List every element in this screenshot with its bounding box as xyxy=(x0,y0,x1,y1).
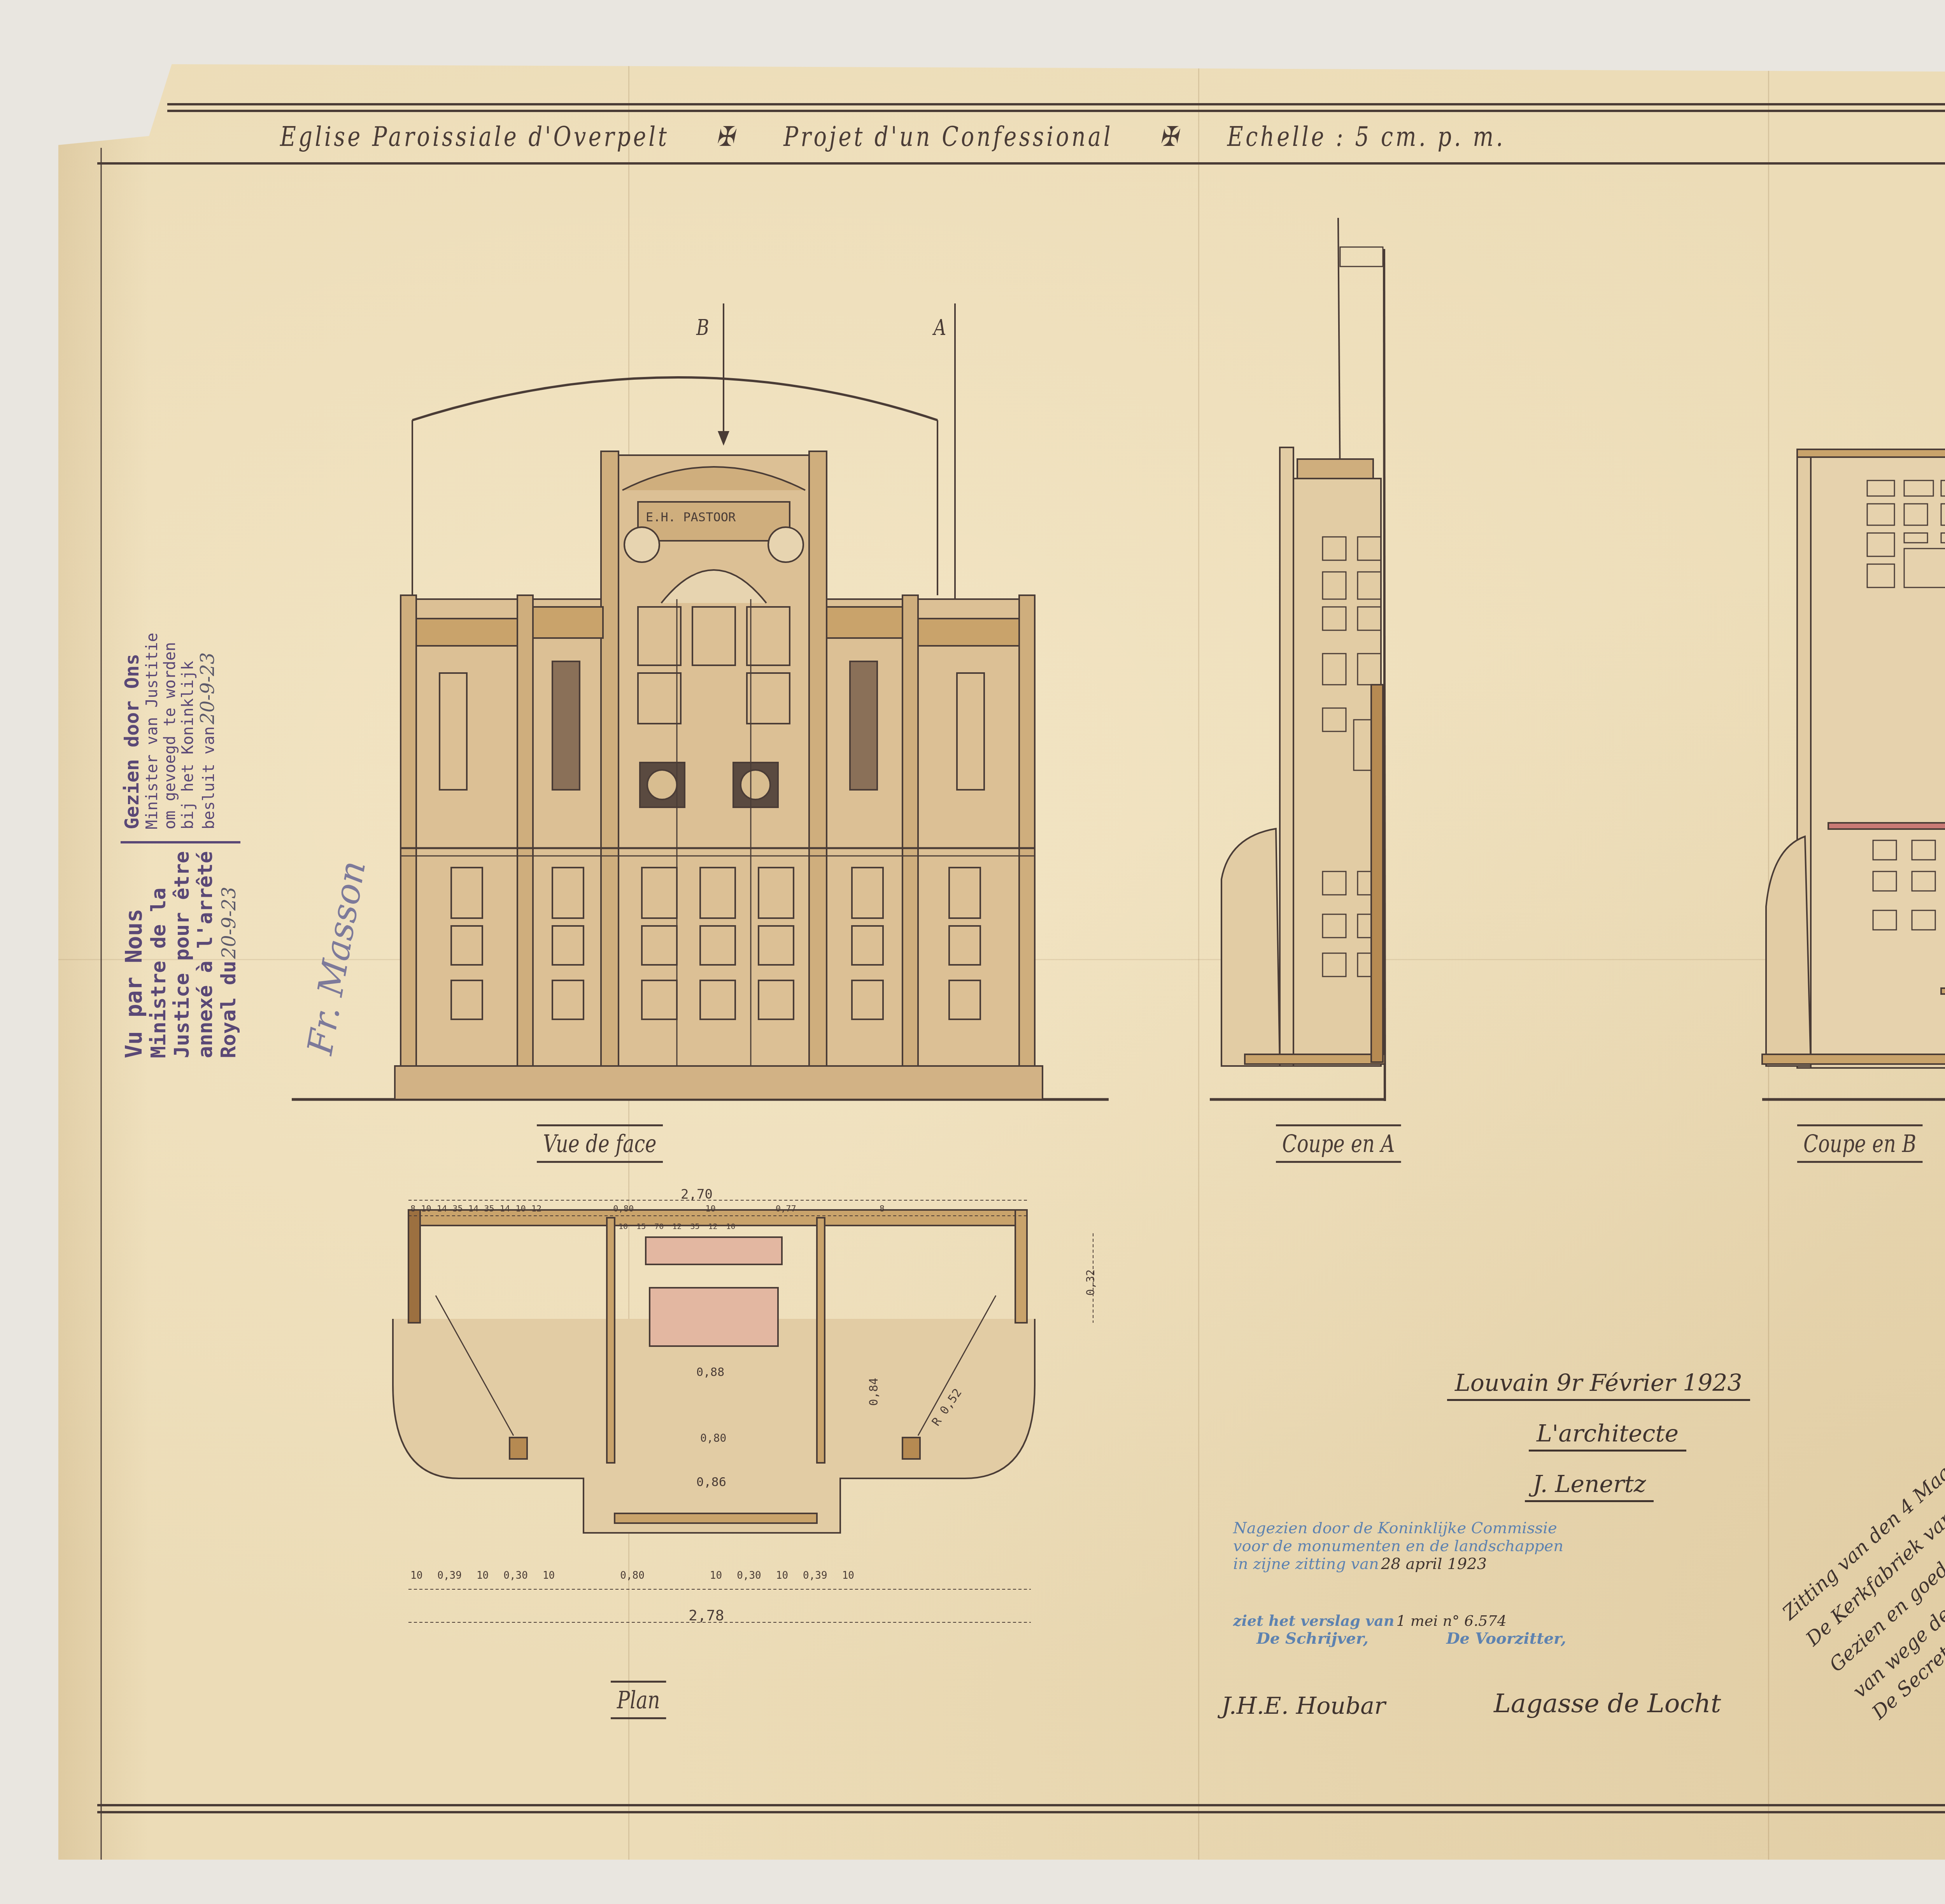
dim-overall-bottom: 2,78 xyxy=(689,1607,724,1624)
dim-depth-inner: 0,84 xyxy=(867,1378,881,1406)
section-mark-a: A xyxy=(934,315,946,340)
dim-value: 10 xyxy=(842,1570,854,1581)
stamp-line: Nagezien door de Koninklijke Commissie xyxy=(1233,1519,1566,1537)
stamp-line: Minister van Justitie xyxy=(143,633,161,829)
dim-value: 10 xyxy=(776,1570,788,1581)
dim-value: 10 xyxy=(705,1204,716,1214)
report-prefix: ziet het verslag van xyxy=(1233,1612,1394,1629)
dim-value: 12 xyxy=(672,1222,682,1231)
stamp-line: om gevoegd te worden xyxy=(161,633,179,829)
dim-value: 35 xyxy=(690,1222,699,1231)
title-separator: ✠ xyxy=(716,121,737,153)
stamp-line: Vu par Nous xyxy=(121,851,147,1058)
dim-value: 10 xyxy=(477,1570,489,1581)
label-plan: Plan xyxy=(611,1681,666,1719)
stamp-line: Gezien door Ons xyxy=(121,633,143,829)
stamp-line: Royal du xyxy=(217,961,240,1058)
dim-value: 14 xyxy=(437,1204,447,1214)
dim-inner-top: 0,88 xyxy=(696,1366,724,1379)
dim-value: 0,80 xyxy=(613,1204,634,1214)
stamp-line: Justice pour être xyxy=(170,851,194,1058)
dim-value: 10 xyxy=(421,1204,431,1214)
stamp-line: annexé à l'arrêté xyxy=(194,851,217,1058)
dim-value: 0,80 xyxy=(620,1570,645,1581)
dim-value: 8 xyxy=(880,1204,885,1214)
stamp-date-fr: 20-9-23 xyxy=(218,887,240,959)
section-mark-b: B xyxy=(696,315,709,340)
stamp-line: besluit van xyxy=(200,726,218,829)
inscription-pastoor: E.H. PASTOOR xyxy=(646,510,736,524)
report-ref: 1 mei n° 6.574 xyxy=(1397,1612,1507,1629)
title-project: Projet d'un Confessional xyxy=(783,121,1113,153)
dim-inner-bottom: 0,86 xyxy=(696,1474,726,1489)
stamp-date-nl: 20-9-23 xyxy=(197,652,219,724)
secretary-label: De Schrijver, xyxy=(1256,1629,1369,1648)
dim-value: 0,77 xyxy=(776,1204,796,1214)
title-separator: ✠ xyxy=(1160,121,1180,153)
dim-value: 10 xyxy=(515,1204,526,1214)
dim-value: 0,30 xyxy=(737,1570,761,1581)
stamp-minister: Vu par Nous Ministre de la Justice pour … xyxy=(121,552,240,1058)
dim-value: 35 xyxy=(484,1204,494,1214)
dim-depth-right: 0,32 xyxy=(1084,1269,1097,1296)
session-date: 28 april 1923 xyxy=(1381,1555,1487,1573)
dim-value: 0,39 xyxy=(803,1570,827,1581)
dim-value: 8 xyxy=(410,1204,415,1214)
dim-inner-mid: 0,80 xyxy=(700,1432,726,1445)
dim-value: 0,39 xyxy=(437,1570,462,1581)
chair-signature: Lagasse de Locht xyxy=(1494,1688,1721,1718)
dim-value: 10 xyxy=(543,1570,555,1581)
dim-overall-top: 2,70 xyxy=(681,1187,713,1202)
stamp-line: in zijne zitting van xyxy=(1233,1555,1379,1573)
title-scale: Echelle : 5 cm. p. m. xyxy=(1227,121,1505,153)
stamp-line: Ministre de la xyxy=(147,851,170,1058)
place-date: Louvain 9r Février 1923 xyxy=(1447,1369,1750,1401)
front-elevation xyxy=(292,303,1109,1099)
dim-value: 14 xyxy=(500,1204,510,1214)
title-church: Eglise Paroissiale d'Overpelt xyxy=(280,121,669,153)
secretary-signature: J.H.E. Houbar xyxy=(1221,1692,1386,1720)
section-b xyxy=(1762,218,1945,1101)
dim-top-row: 8 10 14 35 14 35 14 10 12 0,80 10 0,77 8 xyxy=(410,1204,885,1214)
dim-value: 10 xyxy=(410,1570,422,1581)
label-coupe-a: Coupe en A xyxy=(1276,1124,1401,1163)
dim-value: 12 xyxy=(531,1204,542,1214)
dim-value: 10 xyxy=(619,1222,628,1231)
dim-value: 70 xyxy=(654,1222,664,1231)
dim-bottom-row: 10 0,39 10 0,30 10 0,80 10 0,30 10 0,39 … xyxy=(410,1570,854,1581)
dim-value: 10 xyxy=(726,1222,736,1231)
dim-value: 14 xyxy=(468,1204,479,1214)
dim-value: 15 xyxy=(636,1222,646,1231)
stamp-commission: Nagezien door de Koninklijke Commissie v… xyxy=(1233,1519,1566,1648)
drawing-linework xyxy=(0,0,1945,1904)
section-a xyxy=(1210,218,1385,1101)
dim-value: 0,30 xyxy=(503,1570,528,1581)
dim-second-row: 10 15 70 12 35 12 10 xyxy=(619,1222,736,1231)
stamp-line: voor de monumenten en de landschappen xyxy=(1233,1537,1566,1555)
architect-role: L'architecte xyxy=(1529,1420,1686,1452)
dim-value: 35 xyxy=(452,1204,463,1214)
document-title: Eglise Paroissiale d'Overpelt ✠ Projet d… xyxy=(280,121,1543,153)
dim-value: 12 xyxy=(708,1222,717,1231)
chair-label: De Voorzitter, xyxy=(1446,1629,1566,1648)
plan xyxy=(393,1200,1093,1622)
architect-signature: J. Lenertz xyxy=(1525,1471,1654,1502)
stamp-line: bij het Koninklijk xyxy=(179,633,197,829)
dim-value: 10 xyxy=(710,1570,722,1581)
label-coupe-b: Coupe en B xyxy=(1797,1124,1922,1163)
label-vue-de-face: Vue de face xyxy=(537,1124,663,1163)
